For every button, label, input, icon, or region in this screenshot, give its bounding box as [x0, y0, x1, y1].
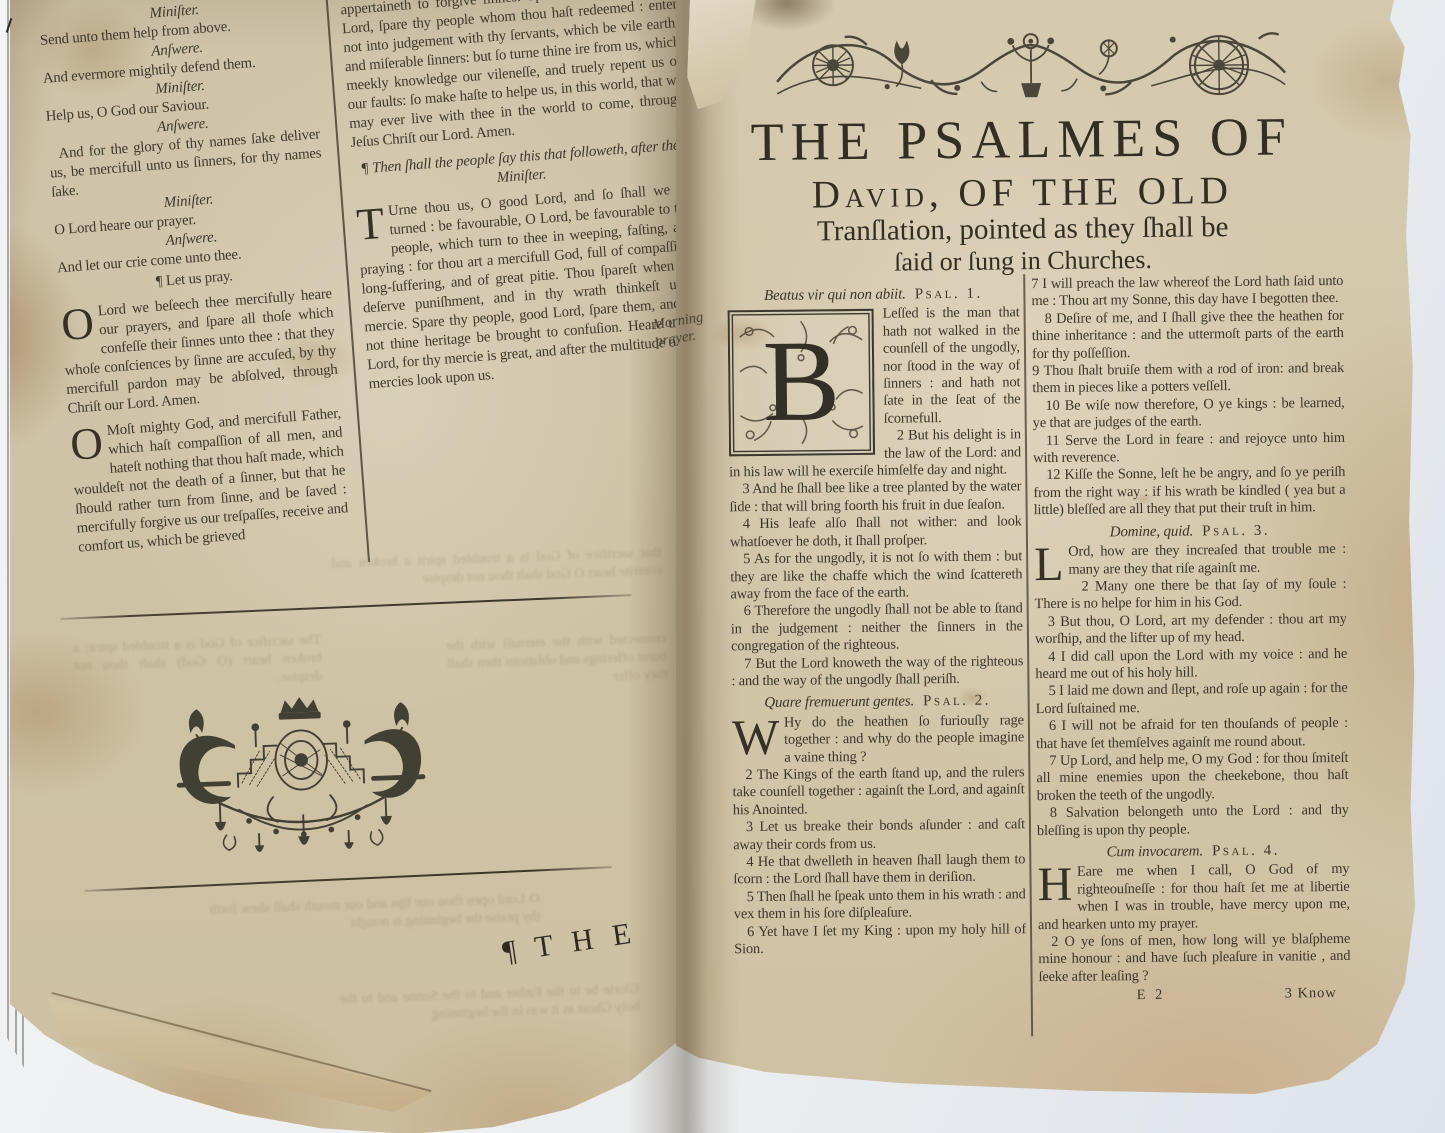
prayer-text: Lord we beſeech thee mercifully heare ou…	[64, 286, 338, 417]
psalm2-heading: Quare fremuerunt gentes.Psal. 2.	[732, 693, 1024, 713]
psalm2-verse: 2 The Kings of the earth ſtand up, and t…	[732, 764, 1025, 819]
psalm1-verse: 3 And he ſhall bee like a tree planted b…	[729, 479, 1021, 517]
drop-cap-L: L	[1034, 546, 1064, 584]
page-right: THE PSALMES OF David, OF THE OLD Tranſla…	[676, 0, 1418, 1094]
psalm2-verse: WHy do the heathen ſo furiouſly rage tog…	[732, 712, 1025, 767]
page-title-line-1: THE PSALMES OF	[711, 105, 1332, 173]
verse-text: Ord, how are they increaſed that trouble…	[1068, 541, 1346, 577]
right-column-2: 7 I will preach the law whereof the Lord…	[1031, 273, 1351, 1048]
woodcut-initial-B: B	[728, 309, 876, 457]
prayer-text: Moſt mighty God, and mercifull Father, w…	[73, 406, 348, 556]
drop-cap-W: W	[732, 717, 779, 757]
psalm1-latin-incipit: Beatus vir qui non abiit.	[764, 286, 906, 303]
psalm3-verse: 2 Many one there be that ſay of my ſoule…	[1034, 576, 1346, 614]
psalm3-latin-incipit: Domine, quid.	[1110, 523, 1194, 540]
psalm3-verse: LOrd, how are they increaſed that troubl…	[1034, 541, 1346, 579]
show-through-text: O Lord open thou our lips and our mouth …	[209, 890, 540, 941]
show-through-text: connected with the eternall with the bur…	[446, 630, 670, 748]
psalm3-verse: 8 Salvation belongeth unto the Lord : an…	[1037, 802, 1349, 840]
left-column-2: and wearied with the Thy propertie is to…	[337, 0, 700, 394]
psalm2-verse: 7 I will preach the law whereof the Lord…	[1031, 273, 1343, 311]
prayer-paragraph: TUrne thou us, O good Lord, and ſo ſhall…	[355, 180, 700, 395]
prayer-paragraph: OMoſt mighty God, and mercifull Father, …	[69, 405, 350, 558]
prayer-paragraph: OLord we beſeech thee mercifully heare o…	[60, 285, 340, 419]
drop-cap-T: T	[355, 205, 385, 244]
psalm2-verse: 8 Deſire of me, and I ſhall give thee th…	[1032, 308, 1345, 363]
prayer-text: Urne thou us, O good Lord, and ſo ſhall …	[360, 181, 700, 393]
psalm4-number: Psal. 4.	[1212, 843, 1280, 860]
psalm2-verse: 12 Kiſſe the Sonne, leſt he be angry, an…	[1033, 464, 1346, 519]
psalm1-verse: 4 His leafe alſo ſhall not wither: and l…	[730, 514, 1022, 552]
psalm4-verse: HEare me when I call, O God of my righte…	[1037, 861, 1350, 934]
psalm2-verse: 6 Yet have I ſet my King : upon my holy …	[734, 921, 1026, 959]
psalm1-number: Psal. 1.	[915, 286, 983, 303]
psalm3-verse: 3 But thou, O Lord, art my defender : th…	[1035, 611, 1347, 649]
psalm2-verse: 5 Then ſhall he ſpeak unto them in his w…	[734, 886, 1026, 924]
verse-text: Eare me when I call, O God of my righteo…	[1038, 861, 1350, 932]
drop-cap-O: O	[69, 425, 104, 464]
psalm2-verse: 4 He that dwelleth in heaven ſhall laugh…	[733, 851, 1025, 889]
psalm3-verse: 4 I did call upon the Lord with my voice…	[1035, 645, 1347, 683]
psalm2-verse: 11 Serve the Lord in feare : and rejoyce…	[1033, 430, 1345, 468]
page-edge-line	[7, 0, 9, 1068]
left-column-1: Miniſter. Send unto them help from above…	[38, 0, 350, 558]
prayer-continuation: Thy propertie is to have mercie, to thee…	[339, 0, 687, 153]
psalm2-verse: 9 Thou ſhalt bruiſe them with a rod of i…	[1032, 360, 1344, 398]
left-page-text-block: Miniſter. Send unto them help from above…	[26, 0, 700, 732]
photo-of-open-antique-book: Miniſter. Send unto them help from above…	[0, 0, 1445, 1133]
show-through-text: Glorie be to the Father and to the Sonne…	[339, 981, 641, 1051]
psalm1-heading: Beatus vir qui non abiit.Psal. 1.	[727, 285, 1019, 305]
psalm3-number: Psal. 3.	[1202, 522, 1270, 539]
signature-row: E 2 3 Know	[1039, 985, 1351, 1006]
psalm2-verse: 3 Let us breake their bonds aſunder : an…	[733, 816, 1025, 854]
psalm3-heading: Domine, quid.Psal. 3.	[1034, 522, 1346, 543]
drop-cap-O: O	[60, 305, 95, 344]
psalm1-verse: 5 As for the ungodly, it is not ſo with …	[730, 548, 1023, 603]
psalm1-verse: 7 But the Lord knoweth the way of the ri…	[731, 653, 1023, 691]
right-page-text-block: THE PSALMES OF David, OF THE OLD Tranſla…	[676, 0, 1418, 1094]
drop-cap-B-letter: B	[730, 315, 873, 448]
catchword: 3 Know	[1285, 985, 1337, 1003]
verse-text: Hy do the heathen ſo furiouſly rage toge…	[784, 712, 1024, 765]
psalm3-verse: 6 I will not be afraid for ten thouſands…	[1036, 715, 1348, 753]
signature-mark: E 2	[1137, 987, 1166, 1005]
right-column-1: Beatus vir qui non abiit.Psal. 1. B Leſſ…	[727, 280, 1027, 1039]
drop-cap-H: H	[1037, 866, 1072, 904]
psalm4-latin-incipit: Cum invocarem.	[1106, 843, 1203, 860]
psalm4-heading: Cum invocarem.Psal. 4.	[1037, 842, 1349, 863]
psalm2-verse: 10 Be wiſe now therefore, O ye kings : b…	[1032, 395, 1344, 433]
psalm2-number: Psal. 2.	[923, 693, 991, 710]
psalm4-verse: 2 O ye ſons of men, how long will ye bla…	[1038, 931, 1351, 986]
page-left: Miniſter. Send unto them help from above…	[10, 0, 700, 1133]
psalm1-verse: 6 Therefore the ungodly ſhall not be abl…	[731, 601, 1024, 656]
psalm3-verse: 5 I laid me down and ſlept, and roſe up …	[1035, 680, 1347, 718]
headpiece-ornament	[771, 17, 1292, 112]
psalm3-verse: 7 Up Lord, and help me, O my God : for t…	[1036, 750, 1349, 805]
psalm2-latin-incipit: Quare fremuerunt gentes.	[764, 694, 914, 712]
show-through-text: The sacrifice of God is a troubled spiri…	[73, 632, 323, 713]
